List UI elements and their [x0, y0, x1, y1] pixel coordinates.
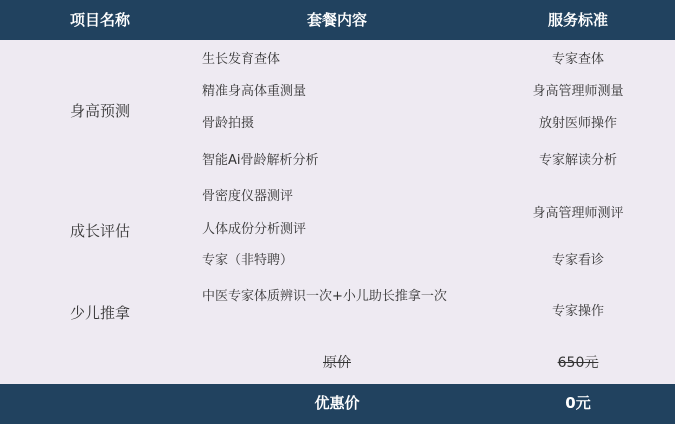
- category-height-prediction: 身高预测: [0, 100, 200, 121]
- standard-item: 专家看诊: [488, 249, 668, 268]
- original-price-label: 原价: [202, 352, 472, 372]
- content-item: 生长发育查体: [202, 48, 280, 67]
- category-growth-assessment: 成长评估: [0, 220, 200, 241]
- package-table: 项目名称 套餐内容 服务标准 身高预测 生长发育查体 专家查体 精准身高体重测量…: [0, 0, 675, 424]
- standard-item: 身高管理师测量: [488, 80, 668, 99]
- content-item: 中医专家体质辨识一次+小儿助长推拿一次: [202, 284, 477, 310]
- original-price-value: 650元: [488, 352, 668, 372]
- content-item: 智能Ai骨龄解析分析: [202, 149, 319, 168]
- content-item: 人体成份分析测评: [202, 218, 306, 237]
- content-item: 精准身高体重测量: [202, 80, 306, 99]
- standard-item: 身高管理师测评: [488, 202, 668, 221]
- content-item: 骨密度仪器测评: [202, 185, 293, 204]
- table-footer: 优惠价 0元: [0, 384, 675, 424]
- discount-price-value: 0元: [488, 384, 668, 422]
- standard-item: 放射医师操作: [488, 112, 668, 131]
- discount-price-label: 优惠价: [202, 384, 472, 422]
- content-item: 专家（非特聘）: [202, 249, 293, 268]
- category-child-massage: 少儿推拿: [0, 302, 200, 323]
- header-project-name: 项目名称: [0, 0, 200, 40]
- standard-item: 专家查体: [488, 48, 668, 67]
- standard-item: 专家操作: [488, 300, 668, 319]
- standard-item: 专家解读分析: [488, 149, 668, 168]
- table-body: 身高预测 生长发育查体 专家查体 精准身高体重测量 身高管理师测量 骨龄拍摄 放…: [0, 40, 675, 384]
- header-service-standard: 服务标准: [488, 0, 668, 40]
- table-header: 项目名称 套餐内容 服务标准: [0, 0, 675, 40]
- content-item: 骨龄拍摄: [202, 112, 254, 131]
- header-package-content: 套餐内容: [202, 0, 472, 40]
